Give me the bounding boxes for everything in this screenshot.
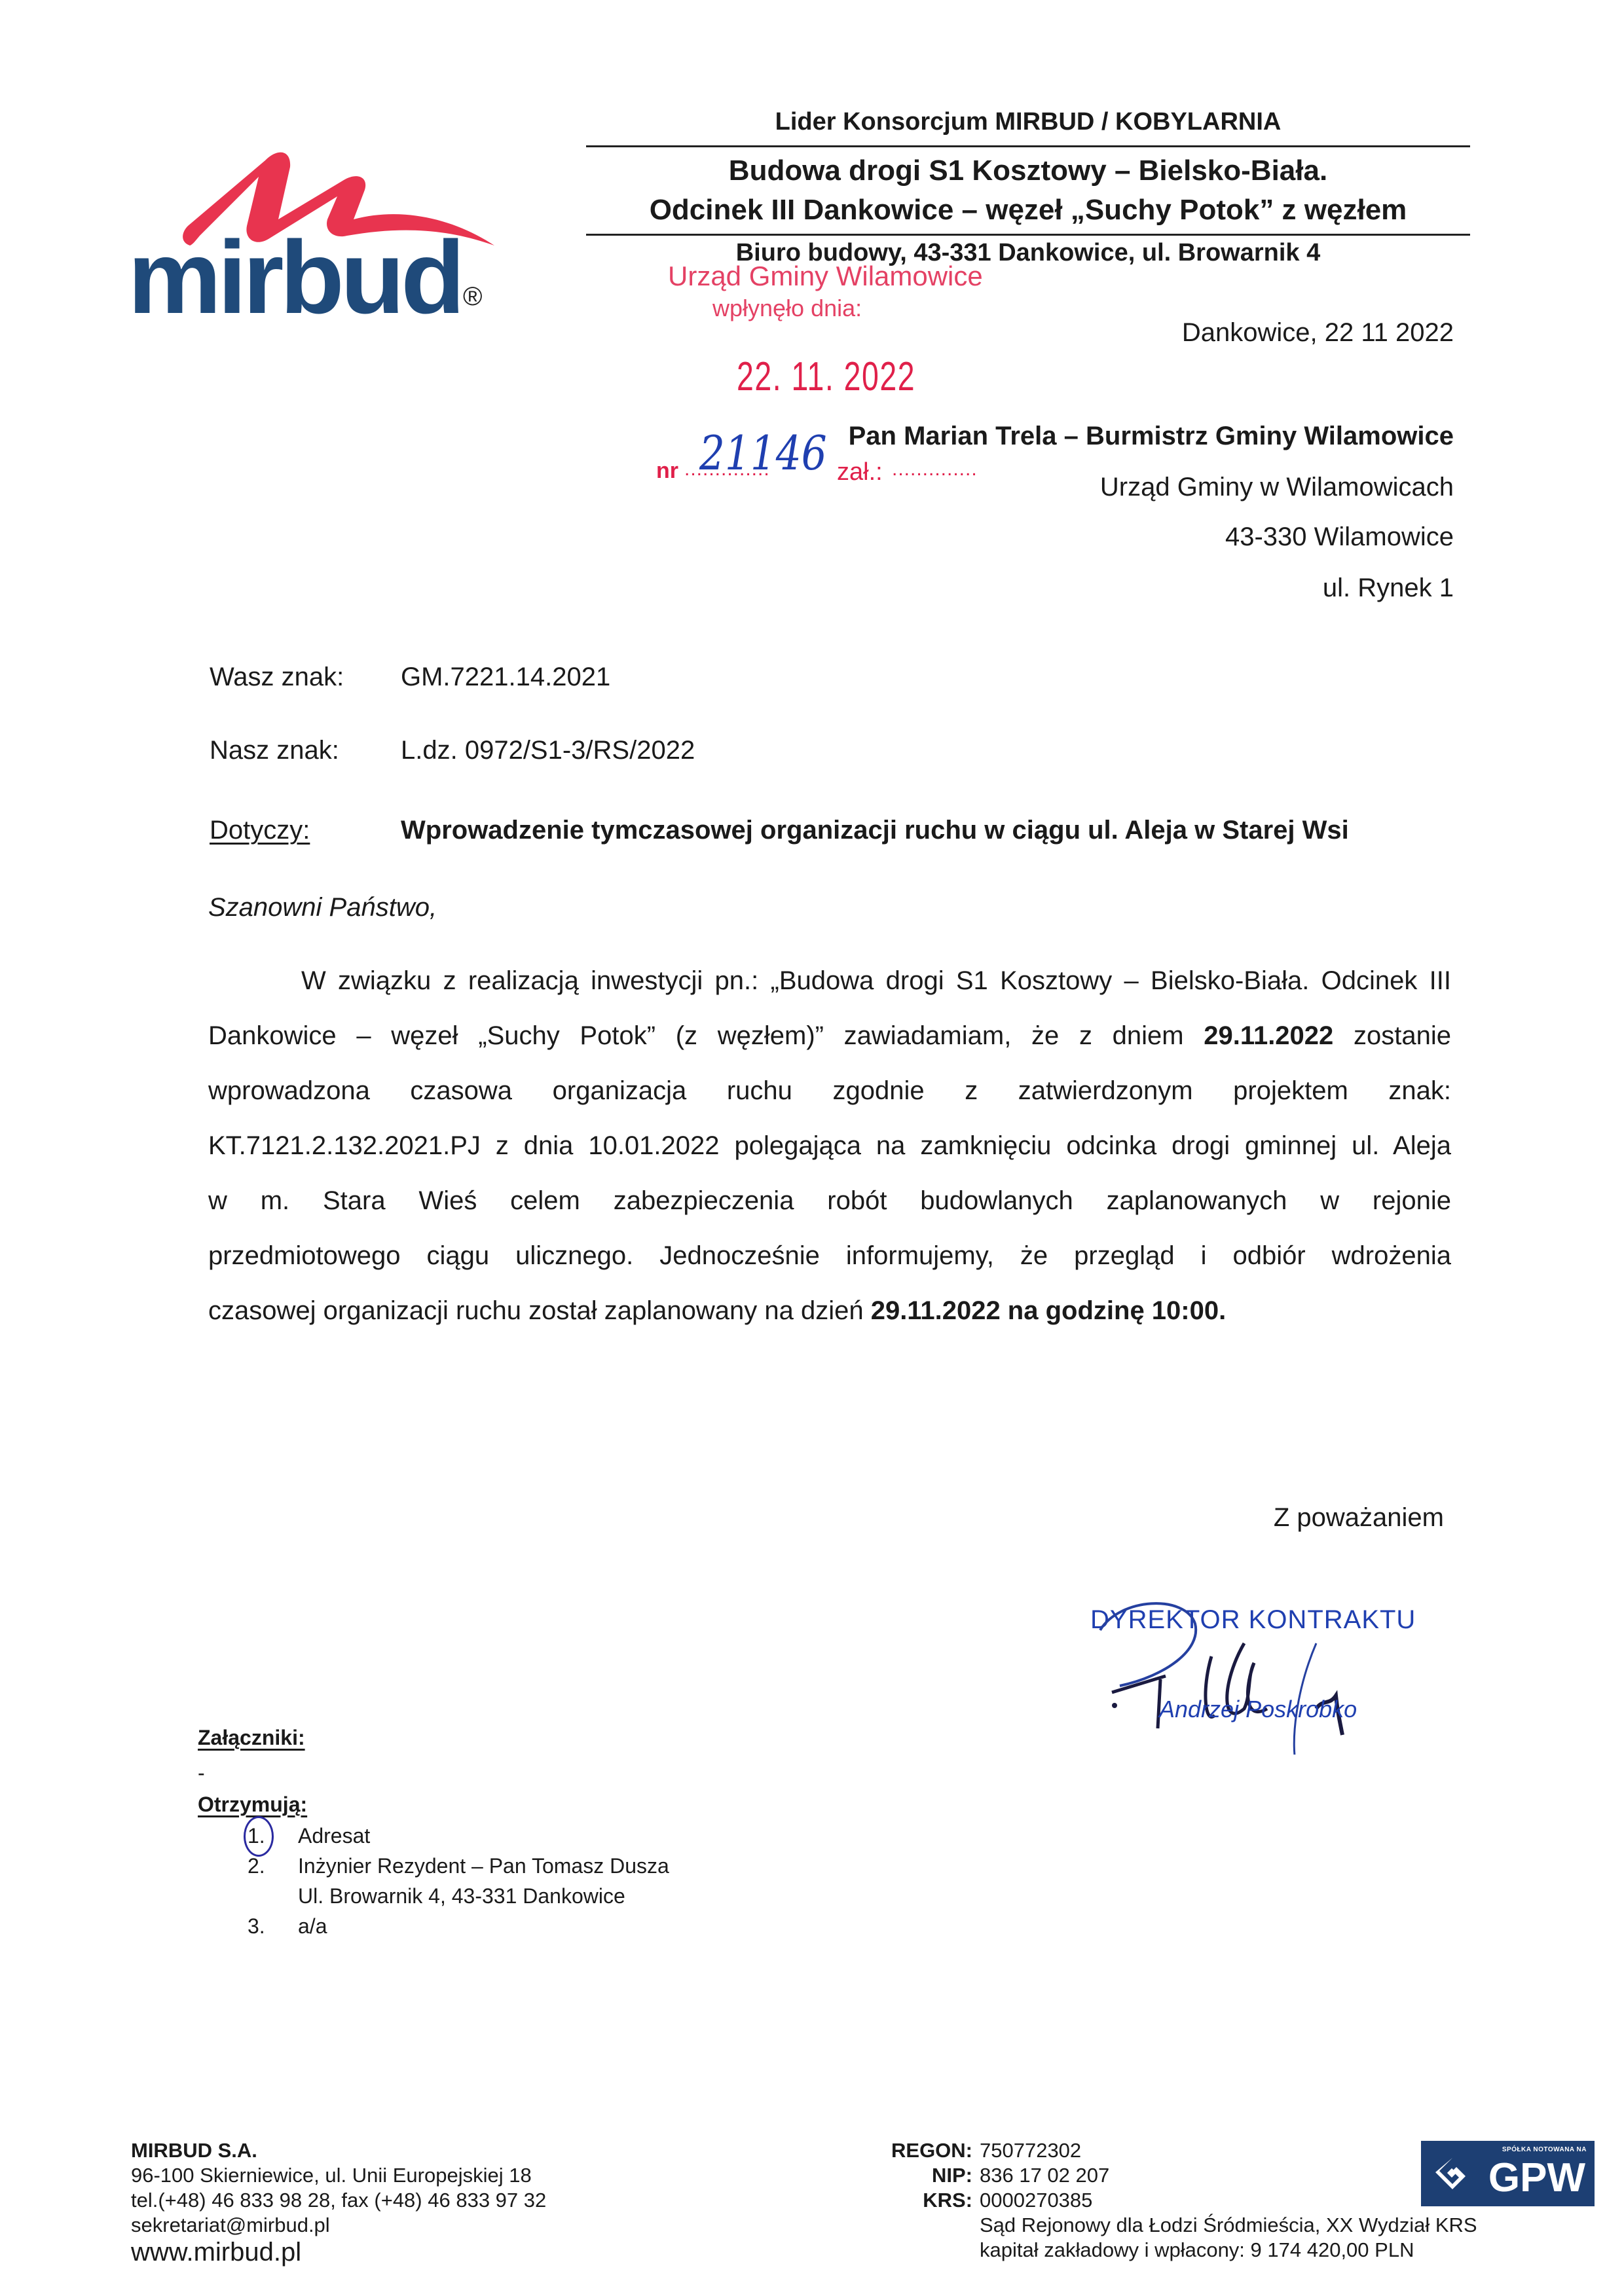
footer-address: 96-100 Skierniewice, ul. Unii Europejski… xyxy=(131,2163,532,2187)
recipient-name: Pan Marian Trela – Burmistrz Gminy Wilam… xyxy=(849,423,1454,449)
footer-nip: 836 17 02 207 xyxy=(980,2163,1109,2187)
footer-website[interactable]: www.mirbud.pl xyxy=(131,2236,301,2268)
your-ref-value: GM.7221.14.2021 xyxy=(401,664,610,690)
subject-value: Wprowadzenie tymczasowej organizacji ruc… xyxy=(401,817,1349,843)
body-line-7: czasowej organizacji ruchu został zaplan… xyxy=(208,1298,1451,1324)
stamp-received-label: wpłynęło dnia: xyxy=(712,295,862,322)
attachments-label: Załączniki: xyxy=(198,1726,305,1750)
our-ref-value: L.dz. 0972/S1-3/RS/2022 xyxy=(401,737,695,763)
recipient-postal: 43-330 Wilamowice xyxy=(1225,524,1454,550)
handwritten-registry-number: 21146 xyxy=(699,426,827,481)
stamp-received-date: 22. 11. 2022 xyxy=(737,354,915,400)
body-line-6: przedmiotowego ciągu ulicznego. Jednocze… xyxy=(208,1243,1451,1269)
stamp-attachments-dots: .............. xyxy=(892,458,978,481)
body-line-5: w m. Stara Wieś celem zabezpieczenia rob… xyxy=(208,1188,1451,1214)
distribution-label: Otrzymują: xyxy=(198,1793,307,1817)
handwritten-signature-icon xyxy=(1080,1578,1421,1755)
footer-email[interactable]: sekretariat@mirbud.pl xyxy=(131,2213,330,2237)
body-line-7-text: czasowej organizacji ruchu został zaplan… xyxy=(208,1296,864,1325)
distribution-item-2-text: Inżynier Rezydent – Pan Tomasz Dusza xyxy=(298,1854,669,1878)
body-line-2-text: Dankowice – węzeł „Suchy Potok” (z węzłe… xyxy=(208,1021,1184,1050)
subject-label: Dotyczy: xyxy=(210,817,310,843)
stamp-nr-label: nr xyxy=(656,458,678,484)
gpw-badge: SPÓŁKA NOTOWANA NA GPW xyxy=(1421,2141,1595,2206)
logo-wordmark: mirbud xyxy=(128,226,461,329)
body-line-2-tail: zostanie xyxy=(1354,1021,1451,1050)
footer-capital: kapitał zakładowy i wpłacony: 9 174 420,… xyxy=(980,2238,1414,2262)
project-title-line2: Odcinek III Dankowice – węzeł „Suchy Pot… xyxy=(583,194,1473,227)
stamp-office: Urząd Gminy Wilamowice xyxy=(668,261,983,292)
recipient-street: ul. Rynek 1 xyxy=(1323,575,1454,601)
salutation: Szanowni Państwo, xyxy=(208,894,437,920)
footer-phone: tel.(+48) 46 833 98 28, fax (+48) 46 833… xyxy=(131,2188,546,2212)
footer-company: MIRBUD S.A. xyxy=(131,2138,257,2162)
attachments-value: - xyxy=(198,1761,205,1785)
gpw-wordmark: GPW xyxy=(1488,2158,1585,2198)
distribution-item-2-num: 2. xyxy=(248,1854,265,1878)
registered-mark: ® xyxy=(463,283,482,310)
signatory-name: Andrzej Poskrobko xyxy=(1159,1696,1357,1723)
gpw-logo-icon xyxy=(1433,2155,1472,2195)
start-date: 29.11.2022 xyxy=(1204,1021,1333,1050)
footer-nip-label: NIP: xyxy=(932,2163,972,2187)
recipient-office: Urząd Gminy w Wilamowicach xyxy=(1100,474,1454,500)
footer-krs-label: KRS: xyxy=(923,2188,972,2212)
header-divider-top xyxy=(586,145,1470,147)
place-date: Dankowice, 22 11 2022 xyxy=(1182,319,1454,346)
project-title-line1: Budowa drogi S1 Kosztowy – Bielsko-Biała… xyxy=(583,155,1473,187)
your-ref-label: Wasz znak: xyxy=(210,664,344,690)
body-line-4: KT.7121.2.132.2021.PJ z dnia 10.01.2022 … xyxy=(208,1133,1451,1159)
body-line-1: W związku z realizacją inwestycji pn.: „… xyxy=(301,968,1451,994)
footer-krs: 0000270385 xyxy=(980,2188,1092,2212)
distribution-item-3-num: 3. xyxy=(248,1914,265,1939)
body-line-3: wprowadzona czasowa organizacja ruchu zg… xyxy=(208,1078,1451,1104)
consortium-title: Lider Konsorcjum MIRBUD / KOBYLARNIA xyxy=(583,108,1473,136)
our-ref-label: Nasz znak: xyxy=(210,737,339,763)
inspection-datetime: 29.11.2022 na godzinę 10:00. xyxy=(871,1296,1227,1325)
footer-court: Sąd Rejonowy dla Łodzi Śródmieścia, XX W… xyxy=(980,2213,1477,2237)
distribution-item-1-text: Adresat xyxy=(298,1824,370,1848)
handwritten-circle-icon xyxy=(244,1816,274,1857)
footer-regon: 750772302 xyxy=(980,2138,1081,2162)
closing: Z poważaniem xyxy=(1274,1504,1444,1531)
distribution-item-2-address: Ul. Browarnik 4, 43-331 Dankowice xyxy=(298,1884,625,1908)
stamp-attachments-label: zał.: xyxy=(837,458,883,486)
header-divider-bottom xyxy=(586,234,1470,236)
distribution-item-3-text: a/a xyxy=(298,1914,327,1939)
mirbud-logo: mirbud ® xyxy=(128,121,514,318)
gpw-listed-label: SPÓŁKA NOTOWANA NA xyxy=(1502,2146,1587,2153)
body-line-2: Dankowice – węzeł „Suchy Potok” (z węzłe… xyxy=(208,1023,1451,1049)
footer-regon-label: REGON: xyxy=(891,2138,972,2162)
